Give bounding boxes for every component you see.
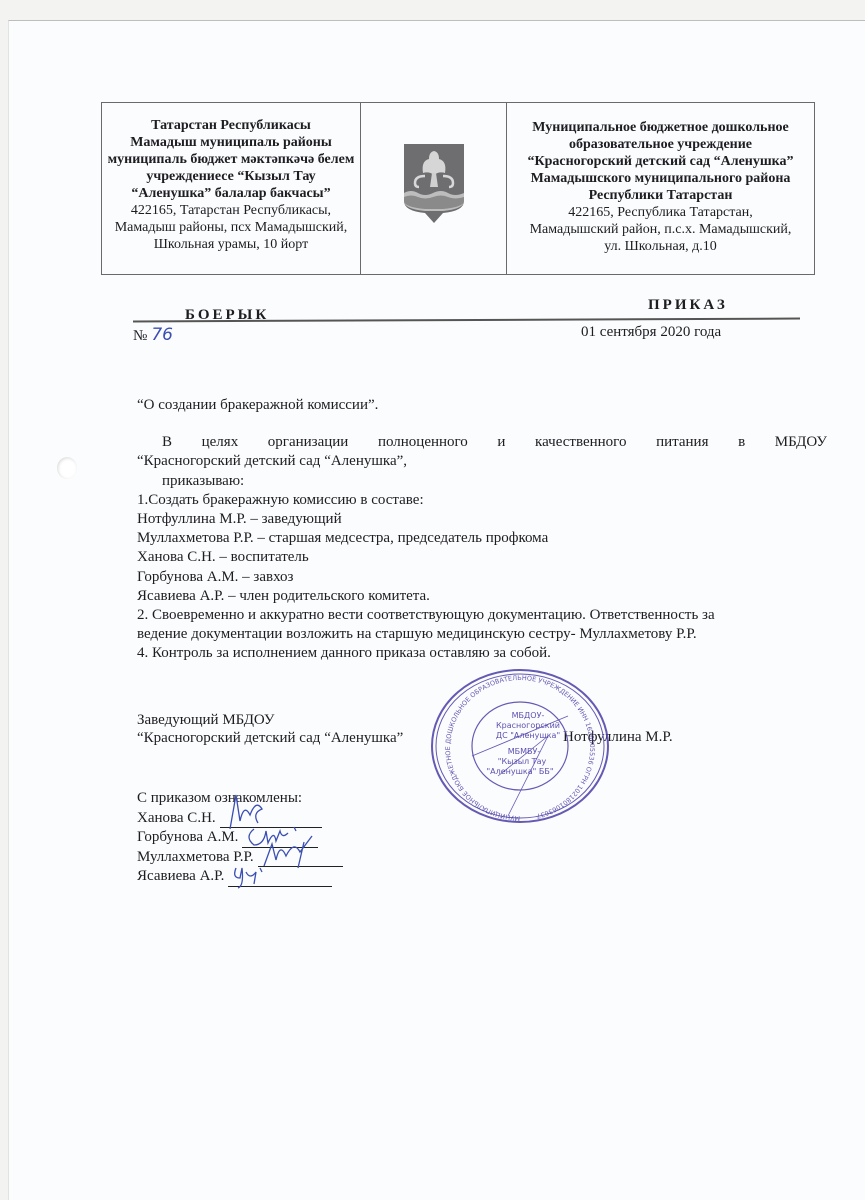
signature-block: Заведующий МБДОУ “Красногорский детский … (137, 711, 403, 747)
letterhead-tatar-line: учреждениесе “Кызыл Тау (102, 168, 360, 185)
official-stamp: МУНИЦИПАЛЬНОЕ БЮДЖЕТНОЕ ДОШКОЛЬНОЕ ОБРАЗ… (428, 666, 613, 826)
order-number-label: № (133, 328, 147, 344)
letterhead-russian-line: Республики Татарстан (507, 187, 814, 204)
letterhead-tatar-line: Мамадыш муниципаль районы (102, 134, 360, 151)
acknowledgement-block: С приказом ознакомлены: Ханова С.Н. Горб… (137, 789, 343, 887)
letterhead-russian-line: образовательное учреждение (507, 136, 814, 153)
letterhead-russian: Муниципальное бюджетное дошкольное образ… (507, 103, 814, 274)
letterhead-russian-address: Мамадышский район, п.с.х. Мамадышский, (507, 221, 814, 238)
letterhead-tatar-address: Мамадыш районы, псх Мамадышский, (102, 219, 360, 236)
svg-text:Красногорский: Красногорский (496, 721, 560, 730)
acknowledged-person: Ясавиева А.Р. (137, 867, 224, 887)
svg-text:МБМБУ-: МБМБУ- (508, 747, 541, 756)
doc-type-russian: ПРИКАЗ (648, 297, 728, 314)
order-subject: “О создании бракеражной комиссии”. (137, 396, 827, 415)
letterhead-russian-line: “Красногорский детский сад “Аленушка” (507, 153, 814, 170)
acknowledgement-row: Ясавиева А.Р. (137, 867, 343, 887)
preamble-line: “Красногорский детский сад “Аленушка”, (137, 452, 827, 471)
acknowledgement-row: Ханова С.Н. (137, 809, 343, 829)
svg-text:"Аленушка" ББ": "Аленушка" ББ" (486, 767, 553, 776)
order-date: 01 сентября 2020 года (581, 324, 721, 341)
letterhead-tatar-line: “Аленушка” балалар бакчасы” (102, 185, 360, 202)
order-word: приказываю: (137, 472, 827, 491)
order-number-value: 76 (151, 325, 173, 345)
order-body: “О создании бракеражной комиссии”. В цел… (137, 396, 827, 664)
order-item-4: 4. Контроль за исполнением данного прика… (137, 644, 827, 663)
commission-member: Ясавиева А.Р. – член родительского комит… (137, 587, 827, 606)
svg-text:ДС "Аленушка": ДС "Аленушка" (496, 731, 560, 740)
letterhead-emblem-cell (361, 103, 507, 274)
letterhead-tatar-line: Татарстан Республикасы (102, 117, 360, 134)
signature-line (258, 853, 343, 867)
order-number: №76 (133, 325, 173, 345)
svg-text:"Кызыл Тау: "Кызыл Тау (498, 757, 547, 766)
acknowledged-person: Ханова С.Н. (137, 809, 216, 829)
signer-organization: “Красногорский детский сад “Аленушка” (137, 729, 403, 747)
handwritten-signature (230, 864, 270, 890)
commission-member: Ханова С.Н. – воспитатель (137, 548, 827, 567)
letterhead-russian-address: 422165, Республика Татарстан, (507, 204, 814, 221)
commission-member: Нотфуллина М.Р. – заведующий (137, 510, 827, 529)
letterhead-tatar-address: Школьная урамы, 10 йорт (102, 236, 360, 253)
preamble-line: В целях организации полноценного и качес… (137, 433, 827, 452)
order-item-1: 1.Создать бракеражную комиссию в составе… (137, 491, 827, 510)
order-item-2: 2. Своевременно и аккуратно вести соотве… (137, 606, 827, 625)
letterhead-tatar: Татарстан Республикасы Мамадыш муниципал… (102, 103, 361, 274)
acknowledged-person: Горбунова А.М. (137, 828, 238, 848)
letterhead-russian-line: Муниципальное бюджетное дошкольное (507, 119, 814, 136)
letterhead: Татарстан Республикасы Мамадыш муниципал… (101, 102, 815, 275)
commission-member: Горбунова А.М. – завхоз (137, 568, 827, 587)
letterhead-tatar-address: 422165, Татарстан Республикасы, (102, 202, 360, 219)
signature-line (228, 873, 332, 887)
letterhead-russian-line: Мамадышского муниципального района (507, 170, 814, 187)
coat-of-arms-icon (403, 143, 465, 225)
commission-member: Муллахметова Р.Р. – старшая медсестра, п… (137, 529, 827, 548)
signer-position: Заведующий МБДОУ (137, 711, 403, 729)
letterhead-russian-address: ул. Школьная, д.10 (507, 238, 814, 255)
svg-text:МБДОУ-: МБДОУ- (512, 711, 545, 720)
order-item-2-cont: ведение документации возложить на старшу… (137, 625, 827, 644)
letterhead-tatar-line: муниципаль бюджет мәктәпкәчә белем (102, 151, 360, 168)
punch-hole (57, 457, 77, 479)
